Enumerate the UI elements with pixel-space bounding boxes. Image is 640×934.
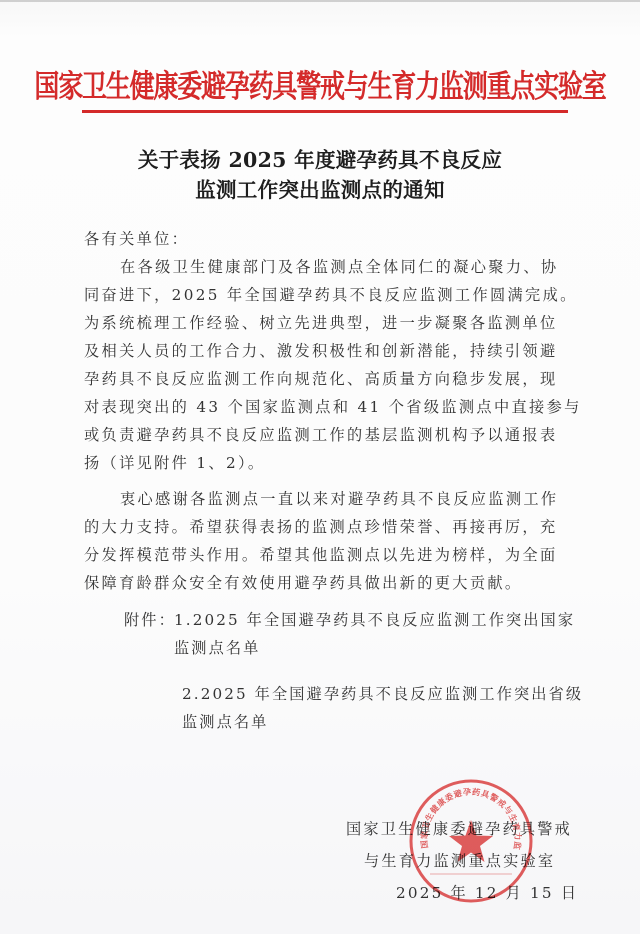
document-page: 国家卫生健康委避孕药具警戒与生育力监测重点实验室 关于表扬 2025 年度避孕药… (0, 0, 640, 934)
paragraph-line: 对表现突出的 43 个国家监测点和 41 个省级监测点中直接参与 (84, 396, 574, 417)
paragraph-line: 分发挥模范带头作用。希望其他监测点以先进为榜样，为全面 (84, 544, 574, 565)
letterhead-org-name: 国家卫生健康委避孕药具警戒与生育力监测重点实验室 (0, 62, 640, 107)
paragraph-line: 的大力支持。希望获得表扬的监测点珍惜荣誉、再接再厉，充 (84, 516, 574, 537)
paragraph-line: 或负责避孕药具不良反应监测工作的基层监测机构予以通报表 (84, 424, 574, 445)
page-top-edge (0, 0, 640, 2)
paragraph-line: 为系统梳理工作经验、树立先进典型，进一步凝聚各监测单位 (84, 312, 574, 333)
attachment-1-line-2: 监测点名单 (174, 637, 260, 658)
attachment-1-line-1: 1.2025 年全国避孕药具不良反应监测工作突出国家 (174, 609, 575, 630)
paragraph-line: 孕药具不良反应监测工作向规范化、高质量方向稳步发展，现 (84, 368, 574, 389)
paragraph-line: 同奋进下，2025 年全国避孕药具不良反应监测工作圆满完成。 (84, 284, 574, 305)
paragraph-line: 及相关人员的工作合力、激发积极性和创新潜能，持续引领避 (84, 340, 574, 361)
document-title-line-1: 关于表扬 2025 年度避孕药具不良反应 (0, 143, 640, 173)
official-seal-icon: 国家卫生健康委避孕药具警戒与生育力监测重点实验室 (408, 778, 534, 904)
letterhead-divider (82, 110, 568, 113)
paragraph-line: 在各级卫生健康部门及各监测点全体同仁的凝心聚力、协 (120, 256, 610, 277)
paragraph-line: 衷心感谢各监测点一直以来对避孕药具不良反应监测工作 (120, 488, 610, 509)
attachment-2-line-1: 2.2025 年全国避孕药具不良反应监测工作突出省级 (182, 683, 583, 704)
document-title-line-2: 监测工作突出监测点的通知 (0, 173, 640, 203)
paragraph-line: 保障育龄群众安全有效使用避孕药具做出新的更大贡献。 (84, 572, 574, 593)
attachment-2-line-2: 监测点名单 (182, 711, 268, 732)
paragraph-line: 扬（详见附件 1、2）。 (84, 452, 574, 473)
salutation: 各有关单位： (84, 228, 574, 249)
attachments-label: 附件： (124, 609, 176, 630)
